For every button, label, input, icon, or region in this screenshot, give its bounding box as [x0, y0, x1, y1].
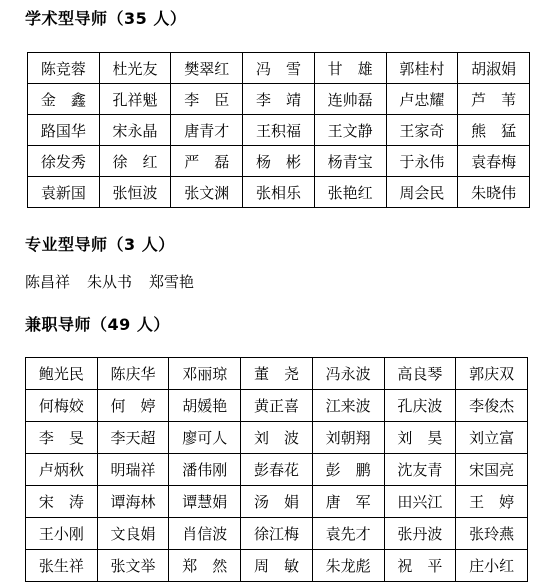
mentor-name-cell: 熊 猛: [458, 115, 530, 146]
mentor-name-cell: 郭桂村: [386, 53, 458, 84]
mentor-name-cell: 明瑞祥: [97, 454, 169, 486]
mentor-name-cell: 田兴江: [384, 486, 456, 518]
mentor-name-cell: 严 磊: [171, 146, 243, 177]
mentor-name-cell: 卢忠耀: [386, 84, 458, 115]
table-row: 何梅姣何 婷胡媛艳黄正喜江来波孔庆波李俊杰: [26, 390, 528, 422]
table-row: 袁新国张恒波张文渊张相乐张艳红周会民朱晓伟: [28, 177, 530, 208]
mentor-name-cell: 李 旻: [26, 422, 98, 454]
mentor-name-cell: 宋永晶: [99, 115, 171, 146]
mentor-name-cell: 芦 苇: [458, 84, 530, 115]
table-row: 李 旻李天超廖可人刘 波刘朝翔刘 昊刘立富: [26, 422, 528, 454]
mentor-name-cell: 王 婷: [456, 486, 528, 518]
mentor-name-cell: 袁先才: [312, 518, 384, 550]
mentor-name-cell: 冯 雪: [243, 53, 315, 84]
mentor-name-cell: 卢炳秋: [26, 454, 98, 486]
mentor-name-cell: 江来波: [312, 390, 384, 422]
mentor-name-cell: 袁新国: [28, 177, 100, 208]
mentor-name-cell: 张生祥: [26, 550, 98, 582]
mentor-name-cell: 于永伟: [386, 146, 458, 177]
mentor-name-cell: 张文渊: [171, 177, 243, 208]
mentor-name-cell: 李 靖: [243, 84, 315, 115]
table-row: 宋 涛谭海林谭慧娟汤 娟唐 军田兴江王 婷: [26, 486, 528, 518]
table-row: 鲍光民陈庆华邓丽琼董 尧冯永波高良琴郭庆双: [26, 358, 528, 390]
mentor-name-cell: 陈竞蓉: [28, 53, 100, 84]
mentor-name-cell: 陈庆华: [97, 358, 169, 390]
mentor-name: 陈昌祥: [25, 273, 70, 291]
mentor-name-cell: 宋 涛: [26, 486, 98, 518]
mentor-name-cell: 孔庆波: [384, 390, 456, 422]
mentor-name-cell: 李俊杰: [456, 390, 528, 422]
mentor-name-cell: 邓丽琼: [169, 358, 241, 390]
mentor-name-cell: 路国华: [28, 115, 100, 146]
mentor-name-cell: 刘 昊: [384, 422, 456, 454]
academic-mentors-table-body: 陈竞蓉杜光友樊翠红冯 雪甘 雄郭桂村胡淑娟金 鑫孔祥魁李 臣李 靖连帅磊卢忠耀芦…: [28, 53, 530, 208]
mentor-name-cell: 黄正喜: [241, 390, 313, 422]
mentor-name-cell: 张相乐: [243, 177, 315, 208]
section-title-parttime-mentors: 兼职导师（49 人）: [0, 315, 541, 335]
mentor-name-cell: 祝 平: [384, 550, 456, 582]
mentor-name-cell: 彭春花: [241, 454, 313, 486]
mentor-name-cell: 胡媛艳: [169, 390, 241, 422]
section-title-professional-mentors: 专业型导师（3 人）: [0, 235, 541, 255]
mentor-name-cell: 刘立富: [456, 422, 528, 454]
mentor-name-cell: 刘朝翔: [312, 422, 384, 454]
mentor-name-cell: 唐 军: [312, 486, 384, 518]
mentor-name-cell: 杨青宝: [314, 146, 386, 177]
mentor-name-cell: 沈友青: [384, 454, 456, 486]
mentor-name-cell: 杜光友: [99, 53, 171, 84]
mentor-name-cell: 连帅磊: [314, 84, 386, 115]
table-row: 徐发秀徐 红严 磊杨 彬杨青宝于永伟袁春梅: [28, 146, 530, 177]
mentor-name-cell: 张丹波: [384, 518, 456, 550]
mentor-name-cell: 何 婷: [97, 390, 169, 422]
mentor-name-cell: 徐江梅: [241, 518, 313, 550]
mentor-name-cell: 宋国亮: [456, 454, 528, 486]
mentor-name-cell: 高良琴: [384, 358, 456, 390]
mentor-name-cell: 廖可人: [169, 422, 241, 454]
mentor-name-cell: 王文静: [314, 115, 386, 146]
table-row: 路国华宋永晶唐青才王积福王文静王家奇熊 猛: [28, 115, 530, 146]
academic-mentors-table: 陈竞蓉杜光友樊翠红冯 雪甘 雄郭桂村胡淑娟金 鑫孔祥魁李 臣李 靖连帅磊卢忠耀芦…: [27, 52, 530, 208]
mentor-name-cell: 张玲燕: [456, 518, 528, 550]
mentor-list-document: 学术型导师（35 人） 陈竞蓉杜光友樊翠红冯 雪甘 雄郭桂村胡淑娟金 鑫孔祥魁李…: [0, 9, 541, 582]
mentor-name-cell: 朱龙彪: [312, 550, 384, 582]
table-row: 卢炳秋明瑞祥潘伟刚彭春花彭 鹏沈友青宋国亮: [26, 454, 528, 486]
mentor-name-cell: 李 臣: [171, 84, 243, 115]
mentor-name-cell: 肖信波: [169, 518, 241, 550]
professional-mentors-list: 陈昌祥朱从书郑雪艳: [25, 272, 541, 292]
mentor-name-cell: 汤 娟: [241, 486, 313, 518]
mentor-name-cell: 文良娟: [97, 518, 169, 550]
mentor-name: 郑雪艳: [149, 273, 194, 291]
mentor-name-cell: 杨 彬: [243, 146, 315, 177]
mentor-name-cell: 谭海林: [97, 486, 169, 518]
mentor-name-cell: 鲍光民: [26, 358, 98, 390]
mentor-name-cell: 樊翠红: [171, 53, 243, 84]
mentor-name-cell: 张文举: [97, 550, 169, 582]
mentor-name-cell: 王家奇: [386, 115, 458, 146]
mentor-name-cell: 周会民: [386, 177, 458, 208]
mentor-name-cell: 郑 然: [169, 550, 241, 582]
mentor-name-cell: 潘伟刚: [169, 454, 241, 486]
mentor-name-cell: 孔祥魁: [99, 84, 171, 115]
mentor-name-cell: 李天超: [97, 422, 169, 454]
mentor-name-cell: 袁春梅: [458, 146, 530, 177]
mentor-name-cell: 王小刚: [26, 518, 98, 550]
mentor-name: 朱从书: [87, 273, 132, 291]
mentor-name-cell: 胡淑娟: [458, 53, 530, 84]
mentor-name-cell: 董 尧: [241, 358, 313, 390]
mentor-name-cell: 郭庆双: [456, 358, 528, 390]
mentor-name-cell: 徐发秀: [28, 146, 100, 177]
mentor-name-cell: 朱晓伟: [458, 177, 530, 208]
mentor-name-cell: 甘 雄: [314, 53, 386, 84]
table-row: 金 鑫孔祥魁李 臣李 靖连帅磊卢忠耀芦 苇: [28, 84, 530, 115]
table-row: 王小刚文良娟肖信波徐江梅袁先才张丹波张玲燕: [26, 518, 528, 550]
mentor-name-cell: 金 鑫: [28, 84, 100, 115]
mentor-name-cell: 彭 鹏: [312, 454, 384, 486]
mentor-name-cell: 徐 红: [99, 146, 171, 177]
mentor-name-cell: 何梅姣: [26, 390, 98, 422]
mentor-name-cell: 庄小红: [456, 550, 528, 582]
mentor-name-cell: 张恒波: [99, 177, 171, 208]
table-row: 陈竞蓉杜光友樊翠红冯 雪甘 雄郭桂村胡淑娟: [28, 53, 530, 84]
mentor-name-cell: 张艳红: [314, 177, 386, 208]
mentor-name-cell: 周 敏: [241, 550, 313, 582]
parttime-mentors-table-body: 鲍光民陈庆华邓丽琼董 尧冯永波高良琴郭庆双何梅姣何 婷胡媛艳黄正喜江来波孔庆波李…: [26, 358, 528, 582]
mentor-name-cell: 冯永波: [312, 358, 384, 390]
mentor-name-cell: 唐青才: [171, 115, 243, 146]
parttime-mentors-table: 鲍光民陈庆华邓丽琼董 尧冯永波高良琴郭庆双何梅姣何 婷胡媛艳黄正喜江来波孔庆波李…: [25, 357, 528, 582]
mentor-name-cell: 王积福: [243, 115, 315, 146]
table-row: 张生祥张文举郑 然周 敏朱龙彪祝 平庄小红: [26, 550, 528, 582]
mentor-name-cell: 谭慧娟: [169, 486, 241, 518]
section-title-academic-mentors: 学术型导师（35 人）: [0, 9, 541, 29]
mentor-name-cell: 刘 波: [241, 422, 313, 454]
